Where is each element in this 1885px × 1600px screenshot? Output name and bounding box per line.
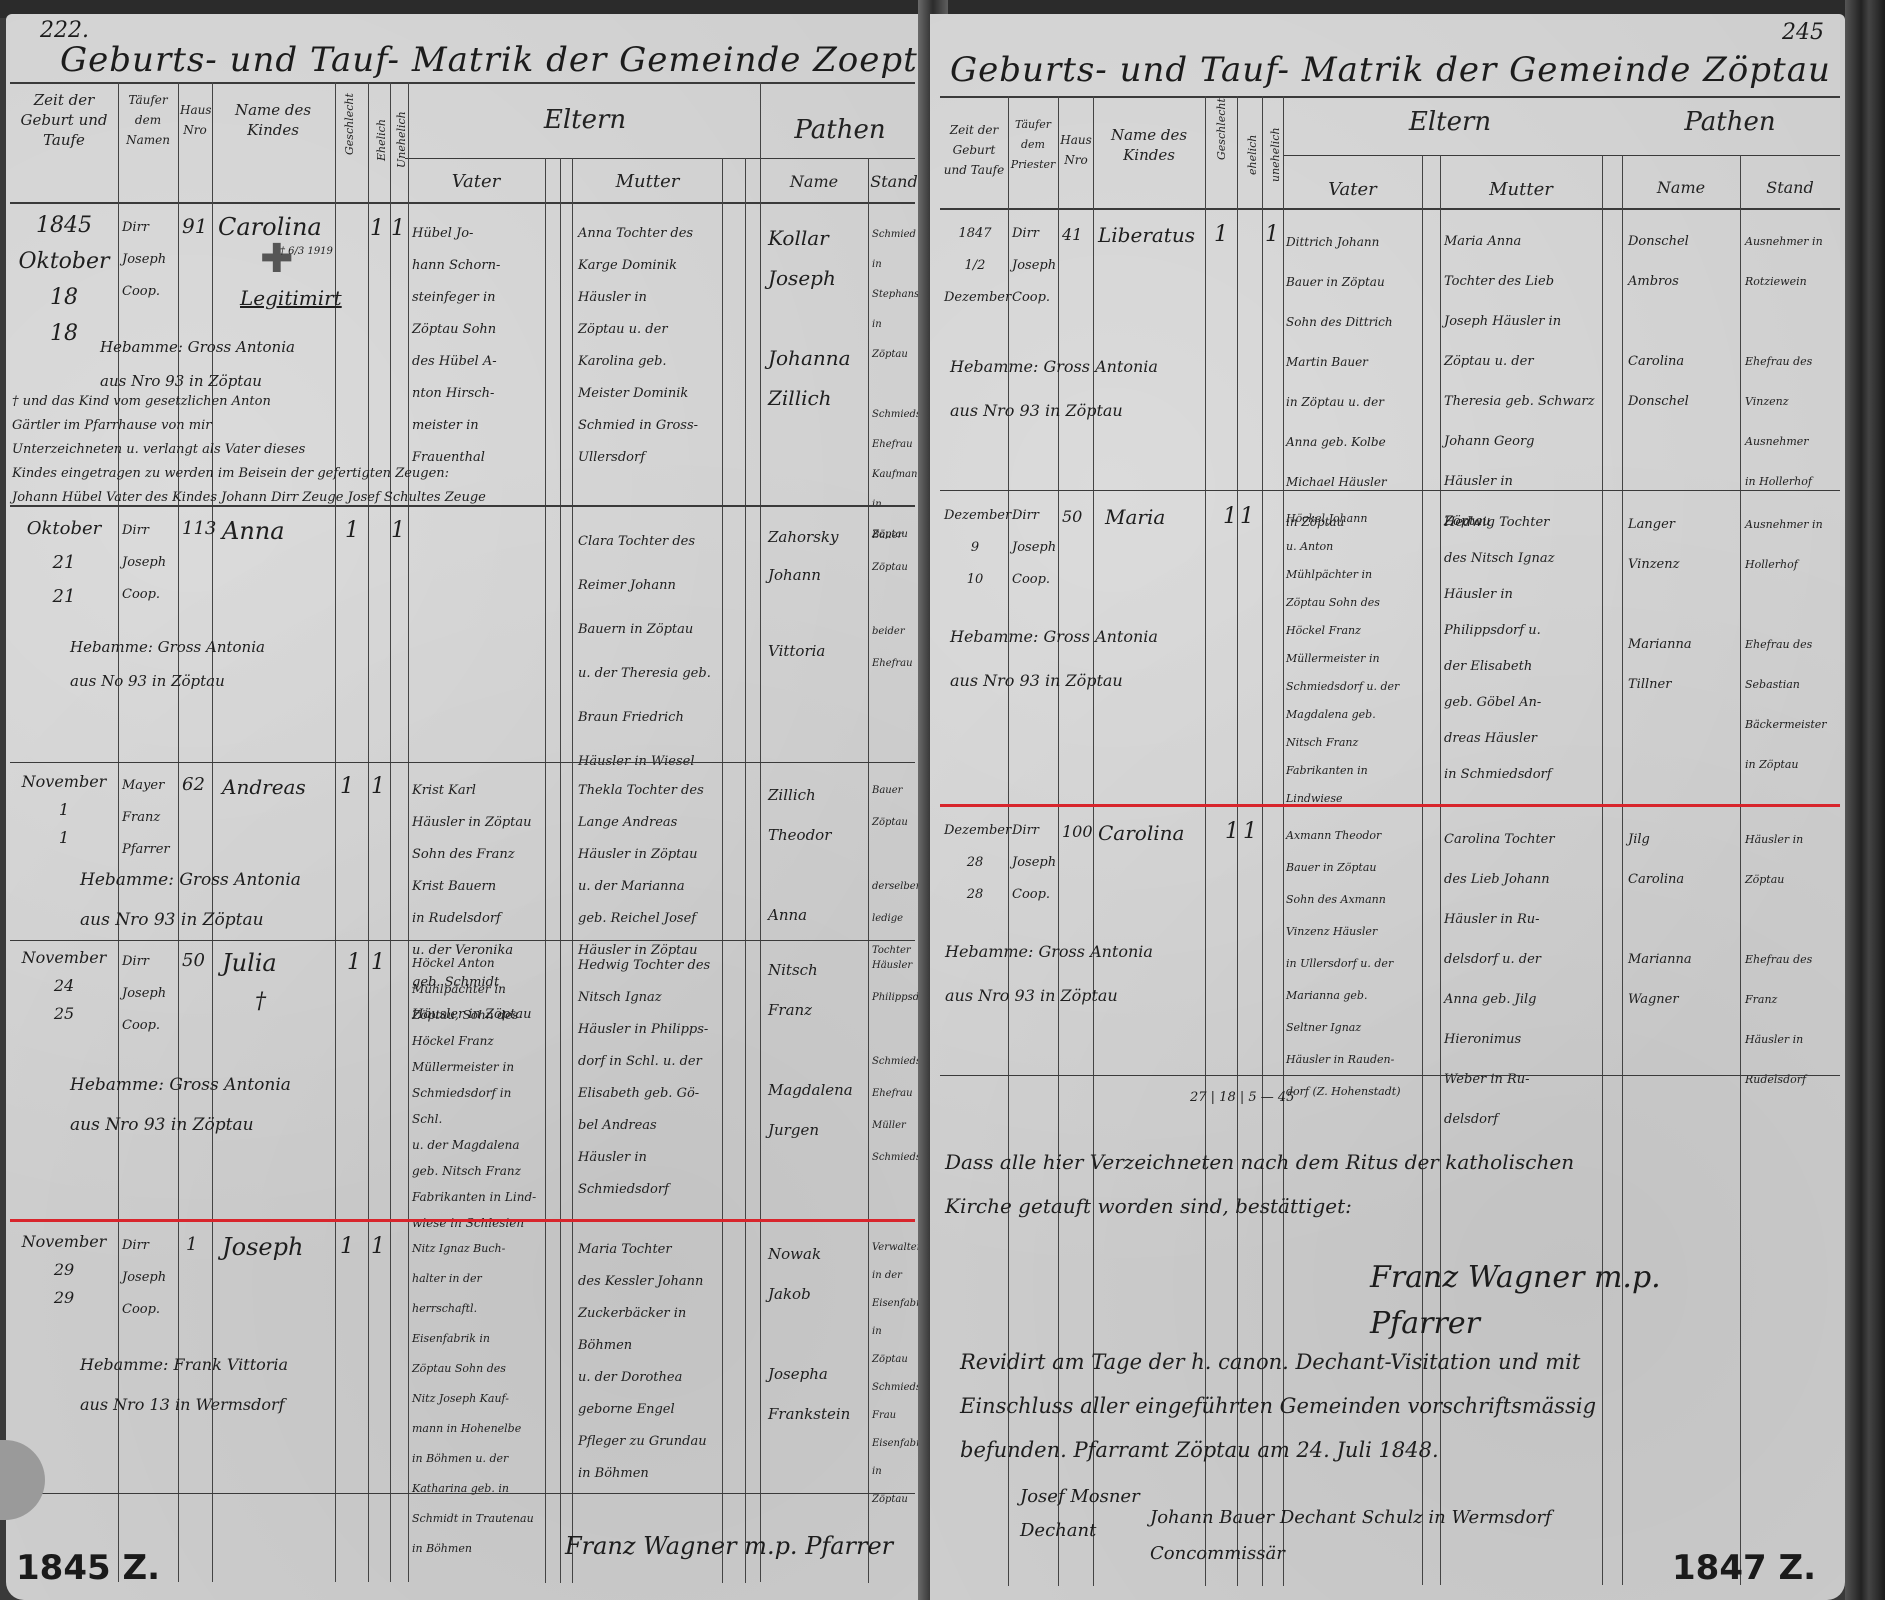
header-illegit: unehelich <box>1266 110 1286 200</box>
pastor-signature: Franz Wagner m.p. Pfarrer <box>565 1532 893 1560</box>
entry-father: Höckel Johann u. Anton Mühlpächter in Zö… <box>1286 505 1422 813</box>
entry-godparent-stand: Bauer Zöptau beider Ehefrau <box>872 520 918 680</box>
header-date: Zeit der Geburt und Taufe <box>12 90 116 150</box>
entry-child-name: Andreas <box>222 772 306 802</box>
entry-female: 1 <box>1222 815 1242 848</box>
entry-house: 41 <box>1062 218 1082 251</box>
header-legit: Ehelich <box>372 95 392 185</box>
row-divider <box>940 1075 1840 1076</box>
col-divider <box>545 158 546 1583</box>
entry-date: November 24 25 <box>12 944 116 1028</box>
header-gp-stand: Stand <box>1742 178 1838 198</box>
death-cross-icon: † <box>255 985 266 1018</box>
entry-midwife: Hebamme: Gross Antonia aus Nro 93 in Zöp… <box>945 930 1195 1018</box>
entry-godparent-stand: Ausnehmer in Rotziewein Ehefrau des Vinz… <box>1745 222 1840 502</box>
row-divider <box>10 762 915 763</box>
entry-godparents: Nowak Jakob Josepha Frankstein <box>768 1234 868 1434</box>
header-date: Zeit der Geburt und Taufe <box>942 120 1006 180</box>
header-gp-name: Name <box>1624 178 1738 198</box>
col-divider <box>760 82 761 1582</box>
header-godparents: Pathen <box>1625 112 1835 132</box>
entry-child-name: Anna <box>222 516 285 546</box>
header-baptizer: Täufer dem Priester <box>1010 115 1056 175</box>
entry-house: 113 <box>182 512 216 545</box>
entry-baptizer: Dirr Joseph Coop. <box>122 515 166 611</box>
entry-child-name: Joseph <box>222 1232 303 1262</box>
row-divider <box>940 490 1840 491</box>
entry-godparent-stand: Schmied in Stephans- in Zöptau Schmieds … <box>872 220 918 550</box>
entry-legit: 1 <box>368 946 388 979</box>
parents-subheader-rule <box>1283 155 1840 156</box>
entry-father: Axmann Theodor Bauer in Zöptau Sohn des … <box>1286 820 1422 1108</box>
entry-female: 1 <box>342 946 366 979</box>
left-page-title: Geburts- und Tauf- Matrik der Gemeinde Z… <box>60 40 1064 80</box>
header-child-name: Name des Kindes <box>1095 125 1203 165</box>
header-father: Vater <box>410 172 542 192</box>
header-parents: Eltern <box>420 110 750 130</box>
commissioner-signature: Johann Bauer Dechant Schulz in Wermsdorf… <box>1150 1500 1552 1572</box>
entry-baptizer: Dirr Joseph Coop. <box>1012 218 1056 314</box>
entry-legitimized: Legitimirt <box>240 282 342 315</box>
entry-baptizer: Dirr Joseph Coop. <box>1012 500 1056 596</box>
entry-legit: 1 <box>388 212 408 245</box>
entry-godparent-stand: Häusler Philippsdorf Schmieds Ehefrau Mü… <box>872 950 918 1174</box>
right-page-number: 245 <box>1782 20 1824 45</box>
entry-legit: 1 <box>368 770 388 803</box>
entry-house: 91 <box>182 210 207 243</box>
entry-date: 1847 1/2 Dezember <box>944 218 1006 314</box>
entry-legit: 1 <box>1240 815 1260 848</box>
entry-male: 1 <box>335 1230 359 1263</box>
header-mother: Mutter <box>1442 180 1600 200</box>
entry-midwife: Hebamme: Gross Antonia aus Nro 93 in Zöp… <box>950 345 1200 433</box>
header-child-name: Name des Kindes <box>214 100 332 140</box>
entry-mother: Maria Anna Tochter des Lieb Joseph Häusl… <box>1444 222 1600 542</box>
entry-mother: Hedwig Tochter des Nitsch Ignaz Häusler … <box>1444 505 1600 793</box>
entry-godparent-stand: Bauer Zöptau derselben ledige Tochter <box>872 775 918 967</box>
entry-midwife: Hebamme: Gross Antonia aus Nro 93 in Zöp… <box>100 330 360 398</box>
entry-father: Nitz Ignaz Buch- halter in der herrschaf… <box>412 1234 544 1564</box>
header-legit: ehelich <box>1243 110 1263 200</box>
header-house: Haus Nro <box>1060 130 1092 170</box>
dean-signature: Josef Mosner Dechant <box>1020 1480 1140 1548</box>
header-gp-name: Name <box>762 172 866 192</box>
entry-midwife: Hebamme: Gross Antonia aus Nro 93 in Zöp… <box>70 1065 370 1145</box>
header-bottom-rule <box>940 208 1840 210</box>
entry-house: 1 <box>186 1228 197 1261</box>
col-divider <box>722 158 723 1583</box>
entry-date: Dezember 9 10 <box>944 500 1006 596</box>
col-divider <box>560 158 561 1583</box>
entry-godparents: Nitsch Franz Magdalena Jurgen <box>768 950 868 1150</box>
header-baptizer: Täufer dem Namen <box>120 90 176 150</box>
entry-midwife: Hebamme: Gross Antonia aus No 93 in Zöpt… <box>70 630 350 698</box>
row-divider <box>10 940 915 941</box>
entry-house: 100 <box>1062 815 1093 848</box>
entry-male: 1 <box>1208 218 1234 251</box>
entry-legit: 1 <box>1262 218 1282 251</box>
entry-date: November 1 1 <box>12 768 116 852</box>
entry-note: † und das Kind vom gesetzlichen Anton Gä… <box>12 390 772 510</box>
entry-midwife: Hebamme: Gross Antonia aus Nro 93 in Zöp… <box>80 860 380 940</box>
row-divider <box>10 505 915 507</box>
entry-illegit: 1 <box>388 514 408 547</box>
entry-tally: 27 | 18 | 5 — 45 <box>1190 1082 1294 1114</box>
col-divider <box>745 158 746 1583</box>
entry-mother: Maria Tochter des Kessler Johann Zuckerb… <box>578 1234 720 1490</box>
header-sex: Geschlecht <box>1212 110 1232 160</box>
header-top-rule <box>940 96 1840 98</box>
entry-date: Oktober 21 21 <box>12 512 116 614</box>
entry-child-name: Carolina <box>1098 818 1184 848</box>
col-divider <box>408 82 409 1582</box>
header-illegit: Unehelich <box>392 95 412 185</box>
red-marker-line <box>940 804 1840 807</box>
entry-date: Dezember 28 28 <box>944 815 1006 911</box>
entry-child-name: Liberatus <box>1098 220 1195 250</box>
entry-mother: Clara Tochter des Reimer Johann Bauern i… <box>578 520 720 784</box>
entry-baptizer: Dirr Joseph Coop. <box>122 1230 166 1326</box>
entry-house: 50 <box>1062 500 1082 533</box>
col-divider <box>868 158 869 1583</box>
entry-female: 1 <box>340 514 364 547</box>
header-top-rule <box>10 82 915 84</box>
entry-godparents: Kollar Joseph Johanna Zillich <box>768 218 868 418</box>
header-mother: Mutter <box>575 172 720 192</box>
entry-godparents: Zahorsky Johann Vittoria <box>768 518 868 670</box>
archive-label: 1845 Z. <box>16 1548 160 1588</box>
entry-male: 1 <box>335 770 359 803</box>
entry-house: 50 <box>182 944 205 977</box>
entry-godparents: Jilg Carolina Marianna Wagner <box>1628 820 1738 1020</box>
header-godparents: Pathen <box>770 120 910 140</box>
entry-midwife: Hebamme: Gross Antonia aus Nro 93 in Zöp… <box>950 615 1200 703</box>
right-page-title: Geburts- und Tauf- Matrik der Gemeinde Z… <box>950 50 1885 90</box>
col-divider <box>572 158 573 1583</box>
book-edge <box>1845 0 1885 1600</box>
entry-baptizer: Dirr Joseph Coop. <box>1012 815 1056 911</box>
red-marker-line <box>10 1219 915 1222</box>
entry-baptizer: Dirr Joseph Coop. <box>122 212 166 308</box>
header-father: Vater <box>1285 180 1420 200</box>
entry-child-name: Julia <box>222 948 277 978</box>
entry-godparent-stand: Verwalter in der Eisenfabrik in Zöptau S… <box>872 1234 918 1514</box>
header-bottom-rule <box>10 202 915 204</box>
entry-godparents: Donschel Ambros Carolina Donschel <box>1628 222 1738 422</box>
entry-mother: Carolina Tochter des Lieb Johann Häusler… <box>1444 820 1600 1140</box>
entry-date: November 29 29 <box>12 1228 116 1312</box>
entry-godparents: Langer Vinzenz Marianna Tillner <box>1628 505 1738 705</box>
entry-godparent-stand: Ausnehmer in Hollerhof Ehefrau des Sebas… <box>1745 505 1840 785</box>
header-house: Haus Nro <box>180 100 210 140</box>
archive-label: 1847 Z. <box>1672 1548 1816 1588</box>
revision-note: Revidirt am Tage der h. canon. Dechant-V… <box>960 1340 1820 1472</box>
entry-child-name: Maria <box>1105 502 1165 532</box>
closing-certification: Dass alle hier Verzeichneten nach dem Ri… <box>945 1140 1835 1228</box>
entry-mother: Hedwig Tochter des Nitsch Ignaz Häusler … <box>578 950 720 1206</box>
entry-legit: 1 <box>1237 500 1257 533</box>
entry-baptizer: Mayer Franz Pfarrer <box>122 770 170 866</box>
header-sex: Geschlecht <box>340 95 360 155</box>
entry-father: Dittrich Johann Bauer in Zöptau Sohn des… <box>1286 222 1422 542</box>
entry-midwife: Hebamme: Frank Vittoria aus Nro 13 in We… <box>80 1345 400 1425</box>
entry-mother: Thekla Tochter des Lange Andreas Häusler… <box>578 775 720 967</box>
row-divider <box>10 1493 915 1494</box>
entry-house: 62 <box>182 768 205 801</box>
entry-godparents: Zillich Theodor Anna <box>768 775 868 935</box>
header-parents: Eltern <box>1300 112 1600 132</box>
entry-baptizer: Dirr Joseph Coop. <box>122 946 166 1042</box>
header-gp-stand: Stand <box>870 172 918 192</box>
parents-subheader-rule <box>405 158 915 159</box>
entry-legit: 1 <box>368 1230 388 1263</box>
entry-godparent-stand: Häusler in Zöptau Ehefrau des Franz Häus… <box>1745 820 1840 1100</box>
entry-child-note: † 6/3 1919 <box>280 236 333 268</box>
pastor-signature: Franz Wagner m.p. Pfarrer <box>1370 1255 1661 1347</box>
entry-female: 1 <box>365 212 389 245</box>
entry-father: Höckel Anton Mühlpächter in Zöptau, Sohn… <box>412 950 544 1236</box>
